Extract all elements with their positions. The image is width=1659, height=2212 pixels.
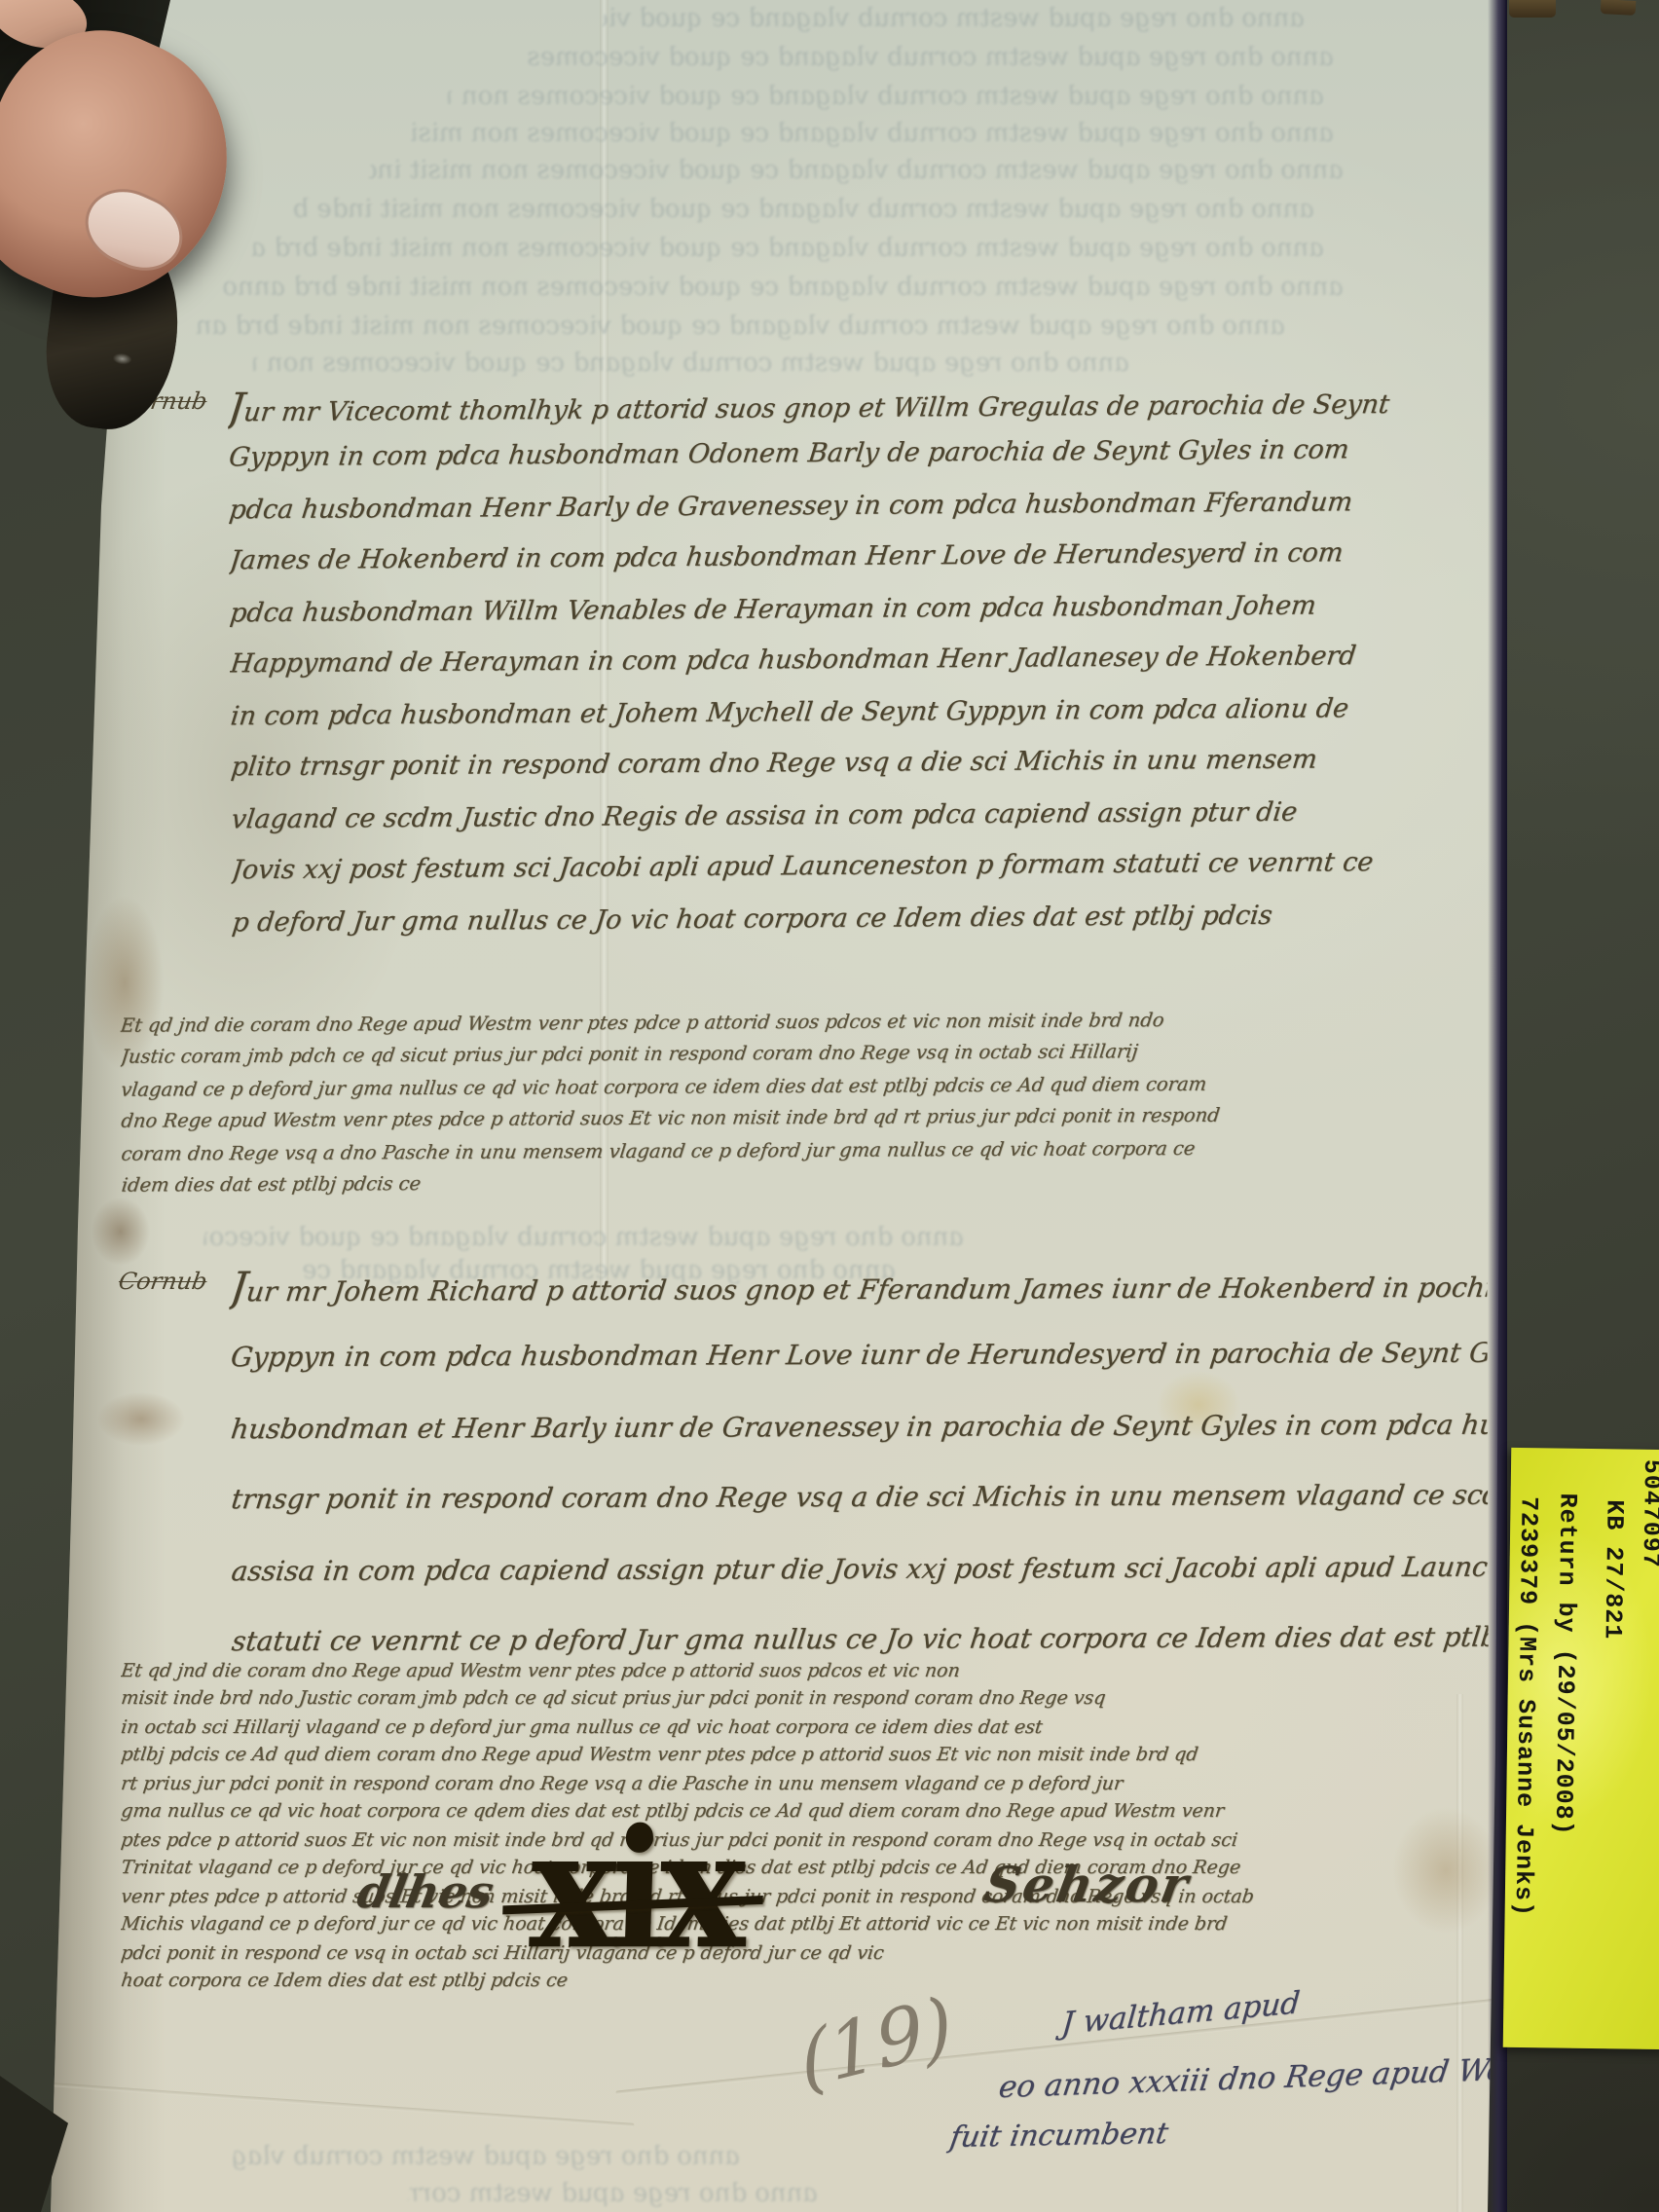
page-edge-shadow [1488,0,1507,2212]
page-stain [97,1392,185,1446]
clamp-foot [1601,0,1637,16]
addendum-line: gma nullus ce qd vic hoat corpora ce qde… [121,1800,1497,1828]
clamp-foot [1509,0,1556,18]
addendum-line: ptlbj pdcis ce Ad qud diem coram dno Reg… [121,1744,1497,1772]
show-through-line: anno dno rege apud westm cornub vlagand … [251,234,1326,263]
show-through-line: anno dno rege apud westm cornub vlagand … [193,312,1287,341]
entry2-addendum: Et qd jnd die coram dno Rege apud Westm … [121,1659,1497,1998]
entry-line: Happymand de Herayman in com pdca husbon… [228,636,1439,696]
addendum-line: pdci ponit in respond ce vsq in octab sc… [121,1942,1497,1971]
sticky-note-line: KB 27/821 [1589,1499,1632,2048]
flourished-word-right: Sehzor [980,1856,1196,1913]
show-through-line: anno dno rege apud westm cornub vlagand … [407,119,1336,148]
addendum-line: Michis vlagand ce p deford jur ce qd vic… [121,1913,1497,1941]
photograph-of-manuscript: anno dno rege apud westm cornub vlagand … [0,0,1659,2212]
pencil-folio-number: (19) [794,1981,958,2106]
sticky-note-line: 7239379 (Mrs Susanne Jenks) [1503,1496,1546,2047]
sticky-note-text: 5047097 KB 27/821 Return by (29/05/2008)… [1503,1448,1659,2049]
page-stain [92,1198,150,1266]
blackletter-numeral-text: xix [528,1793,743,1985]
flourished-word-left: dlhes [353,1865,498,1918]
entry1-addendum: Et qd jnd die coram dno Rege apud Westm … [120,1005,1486,1204]
show-through-line: anno dno rege apud westm cornub vlagand … [251,349,1131,378]
addendum-line: misit inde brd ndo Justic coram jmb pdch… [121,1687,1497,1715]
entry-line: assisa in com pdca capiend assign ptur d… [229,1545,1489,1621]
addendum-line: rt prius jur pdci ponit in respond coram… [121,1773,1497,1801]
addendum-line: Et qd jnd die coram dno Rege apud Westm … [121,1660,1497,1688]
entry2-margin-county: Cornub [117,1268,209,1295]
show-through-line: anno dno rege apud westm cornub vlagand … [203,1223,966,1252]
show-through-line: anno dno rege apud westm cornub vlagand … [290,195,1316,224]
show-through-line: anno dno rege apud westm cornub vlagand … [524,43,1336,72]
show-through-line: anno dno rege apud westm cornub vlagand … [407,2179,820,2208]
sticky-note: 5047097 KB 27/821 Return by (29/05/2008)… [1503,1448,1659,2049]
entry-line: Gyppyn in com pdca husbondman Henr Love … [229,1331,1489,1407]
entry1-body: Jur mr Vicecomt thomlhyk p attorid suos … [228,378,1439,954]
show-through-line: anno dno rege apud westm cornub vlagand … [368,156,1346,185]
blackletter-numeral: xix [528,1797,743,1982]
show-through-line: anno dno rege apud westm cornub vlagand … [446,82,1326,111]
entry-line: husbondman et Henr Barly iunr de Gravene… [229,1403,1489,1479]
entry-line: Jur mr Johem Richard p attorid suos gnop… [229,1261,1489,1337]
entry-line: trnsgr ponit in respond coram dno Rege v… [229,1473,1489,1549]
addendum-line: Trinitat vlagand ce p deford jur ce qd v… [121,1857,1497,1885]
entry-line: p deford Jur gma nullus ce Jo vic hoat c… [229,895,1439,954]
sticky-note-line: Return by (29/05/2008) [1542,1493,1585,2047]
manuscript-page: anno dno rege apud westm cornub vlagand … [0,0,1659,2212]
show-through-line: anno dno rege apud westm cornub vlagand … [222,273,1346,302]
entry-line: Gyppyn in com pdca husbondman Odonem Bar… [228,429,1439,490]
show-through-line: anno dno rege apud westm cornub vlagand … [232,2142,742,2171]
entry-line: plito trnsgr ponit in respond coram dno … [228,739,1439,799]
addendum-line: venr ptes pdce p attorid suos Et vic non… [121,1886,1497,1914]
addendum-line: in octab sci Hillarij vlagand ce p defor… [121,1716,1497,1745]
entry-line: James de Hokenberd in com pdca husbondma… [228,533,1439,593]
show-through-line: anno dno rege apud westm cornub vlagand … [602,4,1307,33]
archivist-annotation: eo anno xxxiii dno Rege apud Westm [997,2050,1564,2105]
entry2-body: Jur mr Johem Richard p attorid suos gnop… [229,1260,1489,1691]
addendum-line: idem dies dat est ptlbj pdcis ce [120,1165,1486,1204]
addendum-line: ptes pdce p attorid suos Et vic non misi… [121,1829,1497,1858]
archivist-annotation: fuit incumbent [947,2117,1170,2155]
entry-line: Jovis xxj post festum sci Jacobi apli ap… [228,842,1439,903]
